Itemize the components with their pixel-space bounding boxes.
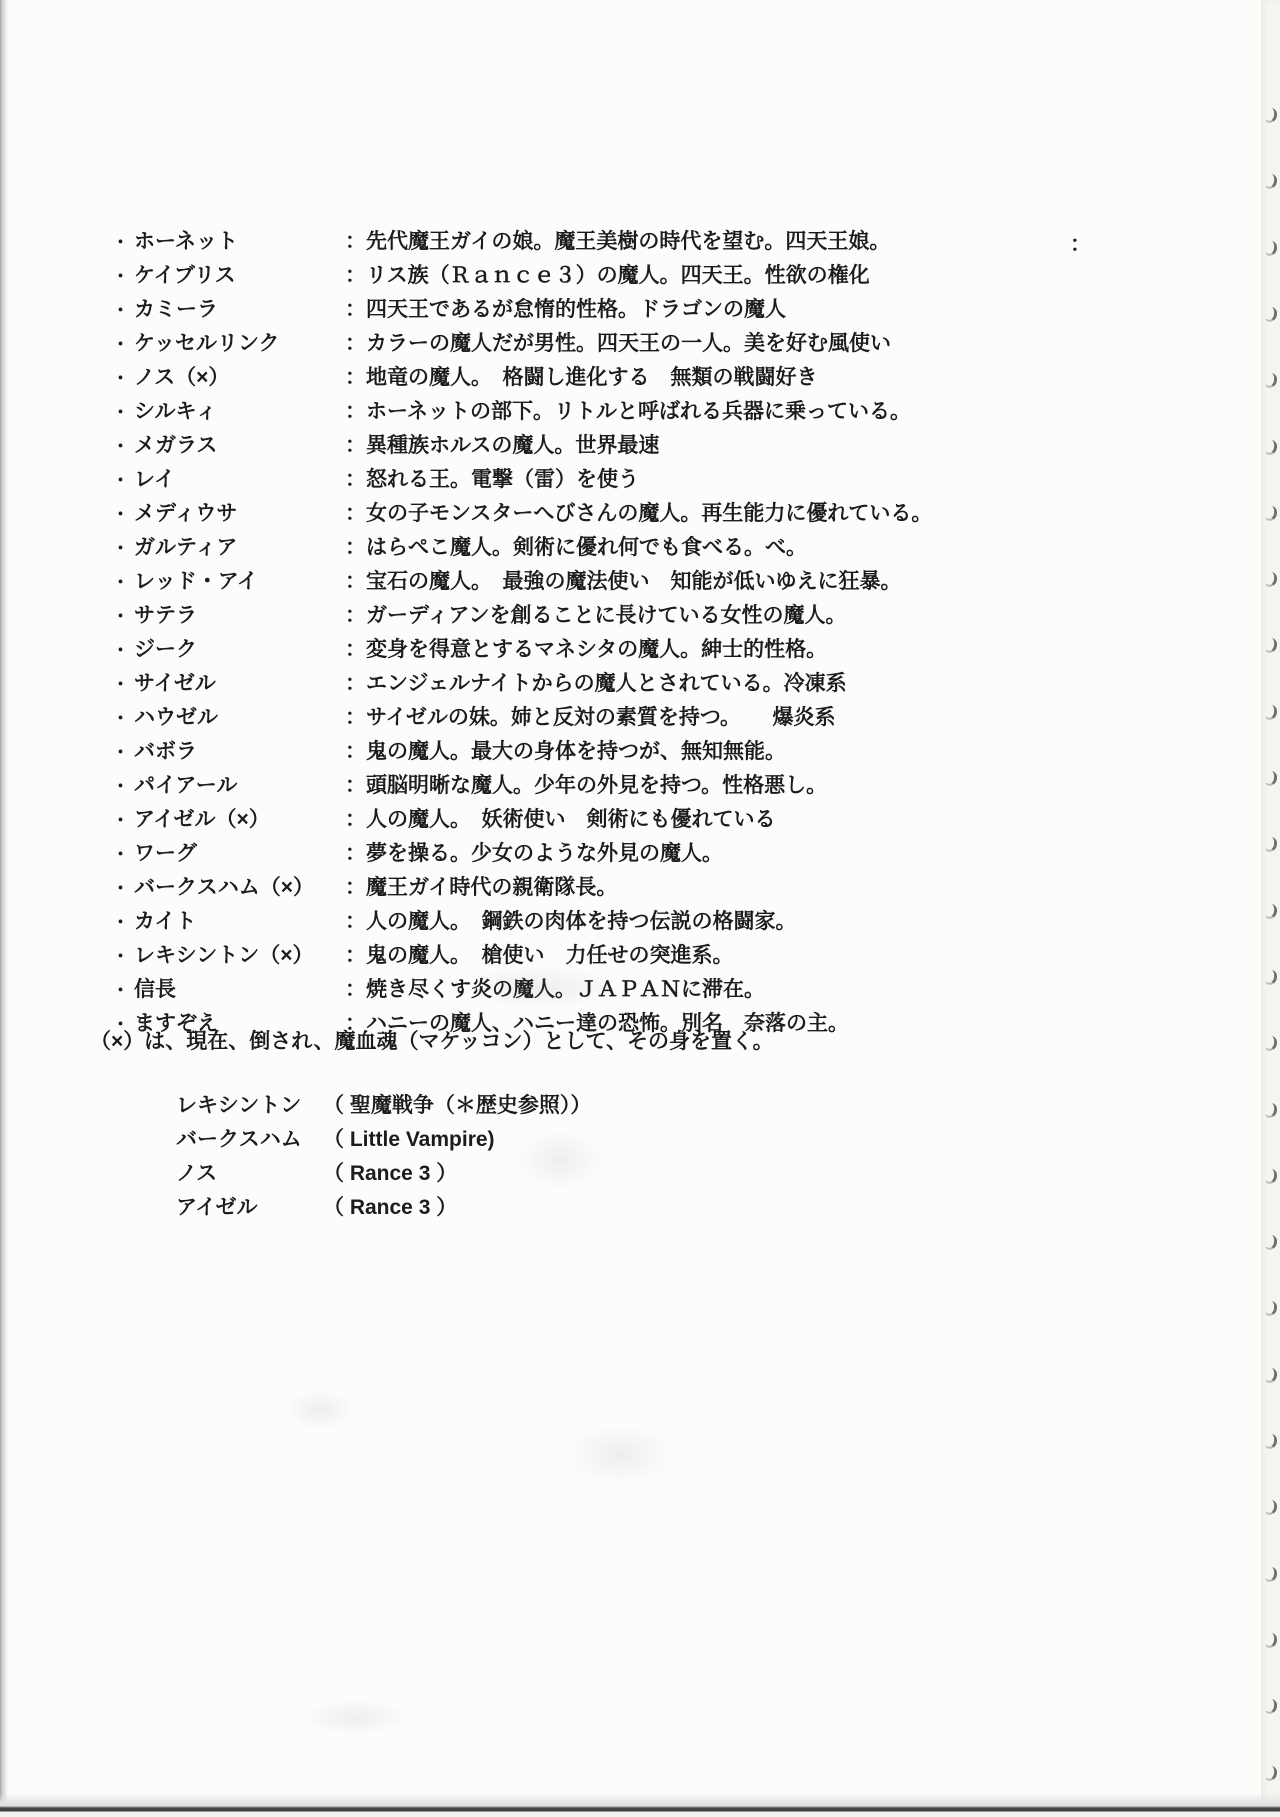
list-item: ・ レイ ：怒れる王。電撃（雷）を使う — [112, 468, 1192, 494]
binding-mark — [1265, 1036, 1278, 1052]
defeated-source: （ Rance 3 ） — [323, 1162, 457, 1186]
binding-mark — [1265, 107, 1278, 123]
binding-mark — [1265, 1168, 1278, 1184]
demon-name: レキシントン（×） — [134, 944, 345, 968]
binding-mark — [1265, 1765, 1278, 1781]
list-item: ・ ジーク ：変身を得意とするマネシタの魔人。紳士的性格。 — [112, 638, 1192, 664]
list-item: ・ カミーラ ：四天王であるが怠惰的性格。ドラゴンの魔人 — [112, 298, 1192, 324]
bullet-dot: ・ — [112, 434, 134, 460]
binding-mark — [1265, 969, 1278, 985]
list-item: ・ バークスハム（×） ：魔王ガイ時代の親衛隊長。 — [112, 876, 1192, 902]
demon-name: ワーグ — [134, 842, 345, 866]
binding-mark — [1265, 1235, 1278, 1251]
list-item: ・ ケイブリス ：リス族（Ｒａｎｃｅ３）の魔人。四天王。性欲の権化 — [112, 264, 1192, 290]
bullet-dot: ・ — [112, 468, 134, 494]
binding-mark — [1265, 770, 1278, 786]
defeated-name: ノス — [176, 1162, 323, 1186]
defeated-name: アイゼル — [176, 1196, 323, 1220]
demon-description: ：女の子モンスターへびさんの魔人。再生能力に優れている。 — [345, 502, 932, 526]
defeated-item: アイゼル （ Rance 3 ） — [176, 1196, 591, 1220]
scan-smudge — [300, 1700, 410, 1735]
bullet-dot: ・ — [112, 638, 134, 664]
demon-description: ：ホーネットの部下。リトルと呼ばれる兵器に乗っている。 — [345, 400, 911, 424]
list-item: ・ ワーグ ：夢を操る。少女のような外見の魔人。 — [112, 842, 1192, 868]
demon-description: ：頭脳明晰な魔人。少年の外見を持つ。性格悪し。 — [345, 774, 827, 798]
demon-description: ：変身を得意とするマネシタの魔人。紳士的性格。 — [345, 638, 827, 662]
demon-name: ガルティア — [134, 536, 345, 560]
demon-description: ：人の魔人。 妖術使い 剣術にも優れている — [345, 808, 776, 832]
bullet-dot: ・ — [112, 774, 134, 800]
list-item: ・ パイアール ：頭脳明晰な魔人。少年の外見を持つ。性格悪し。 — [112, 774, 1192, 800]
list-item: ・ ハウゼル ：サイゼルの妹。姉と反対の素質を持つ。 爆炎系 — [112, 706, 1192, 732]
bullet-dot: ・ — [112, 332, 134, 358]
binding-mark — [1265, 903, 1278, 919]
bullet-dot: ・ — [112, 502, 134, 528]
list-item: ・ 信長 ：焼き尽くす炎の魔人。ＪＡＰＡＮに滞在。 — [112, 978, 1192, 1004]
binding-mark — [1265, 572, 1278, 588]
defeated-note: （×）は、現在、倒され、魔血魂（マケッコン）として、その身を置く。 — [90, 1030, 774, 1054]
list-item: ・ サイゼル ：エンジェルナイトからの魔人とされている。冷凍系 — [112, 672, 1192, 698]
demon-description: ：四天王であるが怠惰的性格。ドラゴンの魔人 — [345, 298, 786, 322]
list-item: ・ サテラ ：ガーディアンを創ることに長けている女性の魔人。 — [112, 604, 1192, 630]
bullet-dot: ・ — [112, 672, 134, 698]
list-item: ・ ガルティア ：はらぺこ魔人。剣術に優れ何でも食べる。べ。 — [112, 536, 1192, 562]
defeated-source: （ Rance 3 ） — [323, 1196, 457, 1220]
demon-name: ジーク — [134, 638, 345, 662]
demon-description: ：はらぺこ魔人。剣術に優れ何でも食べる。べ。 — [345, 536, 807, 560]
demon-name: ホーネット — [134, 230, 345, 254]
binding-mark — [1265, 1301, 1278, 1317]
bullet-dot: ・ — [112, 808, 134, 834]
list-item: ・ ケッセルリンク ：カラーの魔人だが男性。四天王の一人。美を好む風使い — [112, 332, 1192, 358]
list-item: ・ バボラ ：鬼の魔人。最大の身体を持つが、無知無能。 — [112, 740, 1192, 766]
demon-description: ：エンジェルナイトからの魔人とされている。冷凍系 — [345, 672, 847, 696]
binding-mark — [1265, 1367, 1278, 1383]
demon-description: ：夢を操る。少女のような外見の魔人。 — [345, 842, 723, 866]
bullet-dot: ・ — [112, 706, 134, 732]
demon-name: カミーラ — [134, 298, 345, 322]
list-item: ・ メガラス ：異種族ホルスの魔人。世界最速 — [112, 434, 1192, 460]
binding-mark — [1265, 373, 1278, 389]
bullet-dot: ・ — [112, 944, 134, 970]
binding-mark — [1265, 306, 1278, 322]
demon-description: ：宝石の魔人。 最強の魔法使い 知能が低いゆえに狂暴。 — [345, 570, 902, 594]
demon-description: ：怒れる王。電撃（雷）を使う — [345, 468, 639, 492]
binding-mark — [1265, 1699, 1278, 1715]
binding-mark — [1265, 704, 1278, 720]
binding-mark — [1265, 1500, 1278, 1516]
demon-description: ：地竜の魔人。 格闘し進化する 無類の戦闘好き — [345, 366, 818, 390]
demon-name: サイゼル — [134, 672, 345, 696]
binding-mark — [1265, 1433, 1278, 1449]
bullet-dot: ・ — [112, 604, 134, 630]
scan-smudge — [285, 1390, 355, 1430]
list-item: ・ ノス（×） ：地竜の魔人。 格闘し進化する 無類の戦闘好き — [112, 366, 1192, 392]
demon-name: 信長 — [134, 978, 345, 1002]
binding-mark — [1265, 1632, 1278, 1648]
defeated-source: （ 聖魔戦争（＊歴史参照）） — [323, 1094, 591, 1118]
demon-description: ：魔王ガイ時代の親衛隊長。 — [345, 876, 617, 900]
bullet-dot: ・ — [112, 570, 134, 596]
bullet-dot: ・ — [112, 230, 134, 256]
defeated-item: レキシントン （ 聖魔戦争（＊歴史参照）） — [176, 1094, 591, 1118]
demon-name: パイアール — [134, 774, 345, 798]
page-left-edge — [0, 0, 8, 1817]
list-item: ・ メディウサ ：女の子モンスターへびさんの魔人。再生能力に優れている。 — [112, 502, 1192, 528]
demon-name: バークスハム（×） — [134, 876, 345, 900]
demon-name: サテラ — [134, 604, 345, 628]
binding-mark — [1265, 439, 1278, 455]
demon-name: ハウゼル — [134, 706, 345, 730]
demon-name: レイ — [134, 468, 345, 492]
bullet-dot: ・ — [112, 400, 134, 426]
scanned-page: ・ ホーネット ：先代魔王ガイの娘。魔王美樹の時代を望む。四天王娘。 ・ ケイブ… — [0, 0, 1280, 1817]
bullet-dot: ・ — [112, 876, 134, 902]
list-item: ・ レキシントン（×） ：鬼の魔人。 槍使い 力任せの突進系。 — [112, 944, 1192, 970]
demon-description: ：鬼の魔人。最大の身体を持つが、無知無能。 — [345, 740, 786, 764]
demon-name: ケイブリス — [134, 264, 345, 288]
binding-mark — [1265, 174, 1278, 190]
demon-description: ：カラーの魔人だが男性。四天王の一人。美を好む風使い — [345, 332, 891, 356]
demon-name: ケッセルリンク — [134, 332, 345, 356]
demon-name: レッド・アイ — [134, 570, 345, 594]
binding-mark — [1265, 240, 1278, 256]
demon-description: ：異種族ホルスの魔人。世界最速 — [345, 434, 659, 458]
list-item: ・ アイゼル（×） ：人の魔人。 妖術使い 剣術にも優れている — [112, 808, 1192, 834]
scan-smudge — [565, 1425, 675, 1485]
demon-description: ：ガーディアンを創ることに長けている女性の魔人。 — [345, 604, 846, 628]
list-item: ・ カイト ：人の魔人。 鋼鉄の肉体を持つ伝説の格闘家。 — [112, 910, 1192, 936]
scan-smudge — [515, 1130, 605, 1190]
demon-name: メディウサ — [134, 502, 345, 526]
bullet-dot: ・ — [112, 536, 134, 562]
bullet-dot: ・ — [112, 298, 134, 324]
list-item: ・ ホーネット ：先代魔王ガイの娘。魔王美樹の時代を望む。四天王娘。 — [112, 230, 1192, 256]
demon-name: ノス（×） — [134, 366, 345, 390]
demon-description: ：サイゼルの妹。姉と反対の素質を持つ。 爆炎系 — [345, 706, 836, 730]
demon-name: メガラス — [134, 434, 345, 458]
demon-description: ：先代魔王ガイの娘。魔王美樹の時代を望む。四天王娘。 — [345, 230, 890, 254]
binding-mark — [1265, 837, 1278, 853]
demon-name: アイゼル（×） — [134, 808, 345, 832]
stray-colon-mark: ： — [1070, 233, 1091, 257]
bullet-dot: ・ — [112, 264, 134, 290]
defeated-name: バークスハム — [176, 1128, 323, 1152]
demon-description: ：人の魔人。 鋼鉄の肉体を持つ伝説の格闘家。 — [345, 910, 797, 934]
binding-mark — [1265, 638, 1278, 654]
demon-name: バボラ — [134, 740, 345, 764]
binding-mark — [1265, 1566, 1278, 1582]
binding-marks — [1260, 0, 1280, 1817]
defeated-source: （ Little Vampire) — [323, 1128, 495, 1152]
demon-name: カイト — [134, 910, 345, 934]
defeated-name: レキシントン — [176, 1094, 323, 1118]
list-item: ・ レッド・アイ ：宝石の魔人。 最強の魔法使い 知能が低いゆえに狂暴。 — [112, 570, 1192, 596]
demon-list: ・ ホーネット ：先代魔王ガイの娘。魔王美樹の時代を望む。四天王娘。 ・ ケイブ… — [112, 230, 1192, 1046]
bullet-dot: ・ — [112, 910, 134, 936]
bullet-dot: ・ — [112, 978, 134, 1004]
demon-name: シルキィ — [134, 400, 345, 424]
binding-mark — [1265, 505, 1278, 521]
bullet-dot: ・ — [112, 366, 134, 392]
bullet-dot: ・ — [112, 740, 134, 766]
list-item: ・ シルキィ ：ホーネットの部下。リトルと呼ばれる兵器に乗っている。 — [112, 400, 1192, 426]
binding-mark — [1265, 1102, 1278, 1118]
page-bottom-edge — [0, 1793, 1280, 1817]
scan-smudge — [460, 965, 620, 1010]
bullet-dot: ・ — [112, 842, 134, 868]
demon-description: ：リス族（Ｒａｎｃｅ３）の魔人。四天王。性欲の権化 — [345, 264, 870, 288]
